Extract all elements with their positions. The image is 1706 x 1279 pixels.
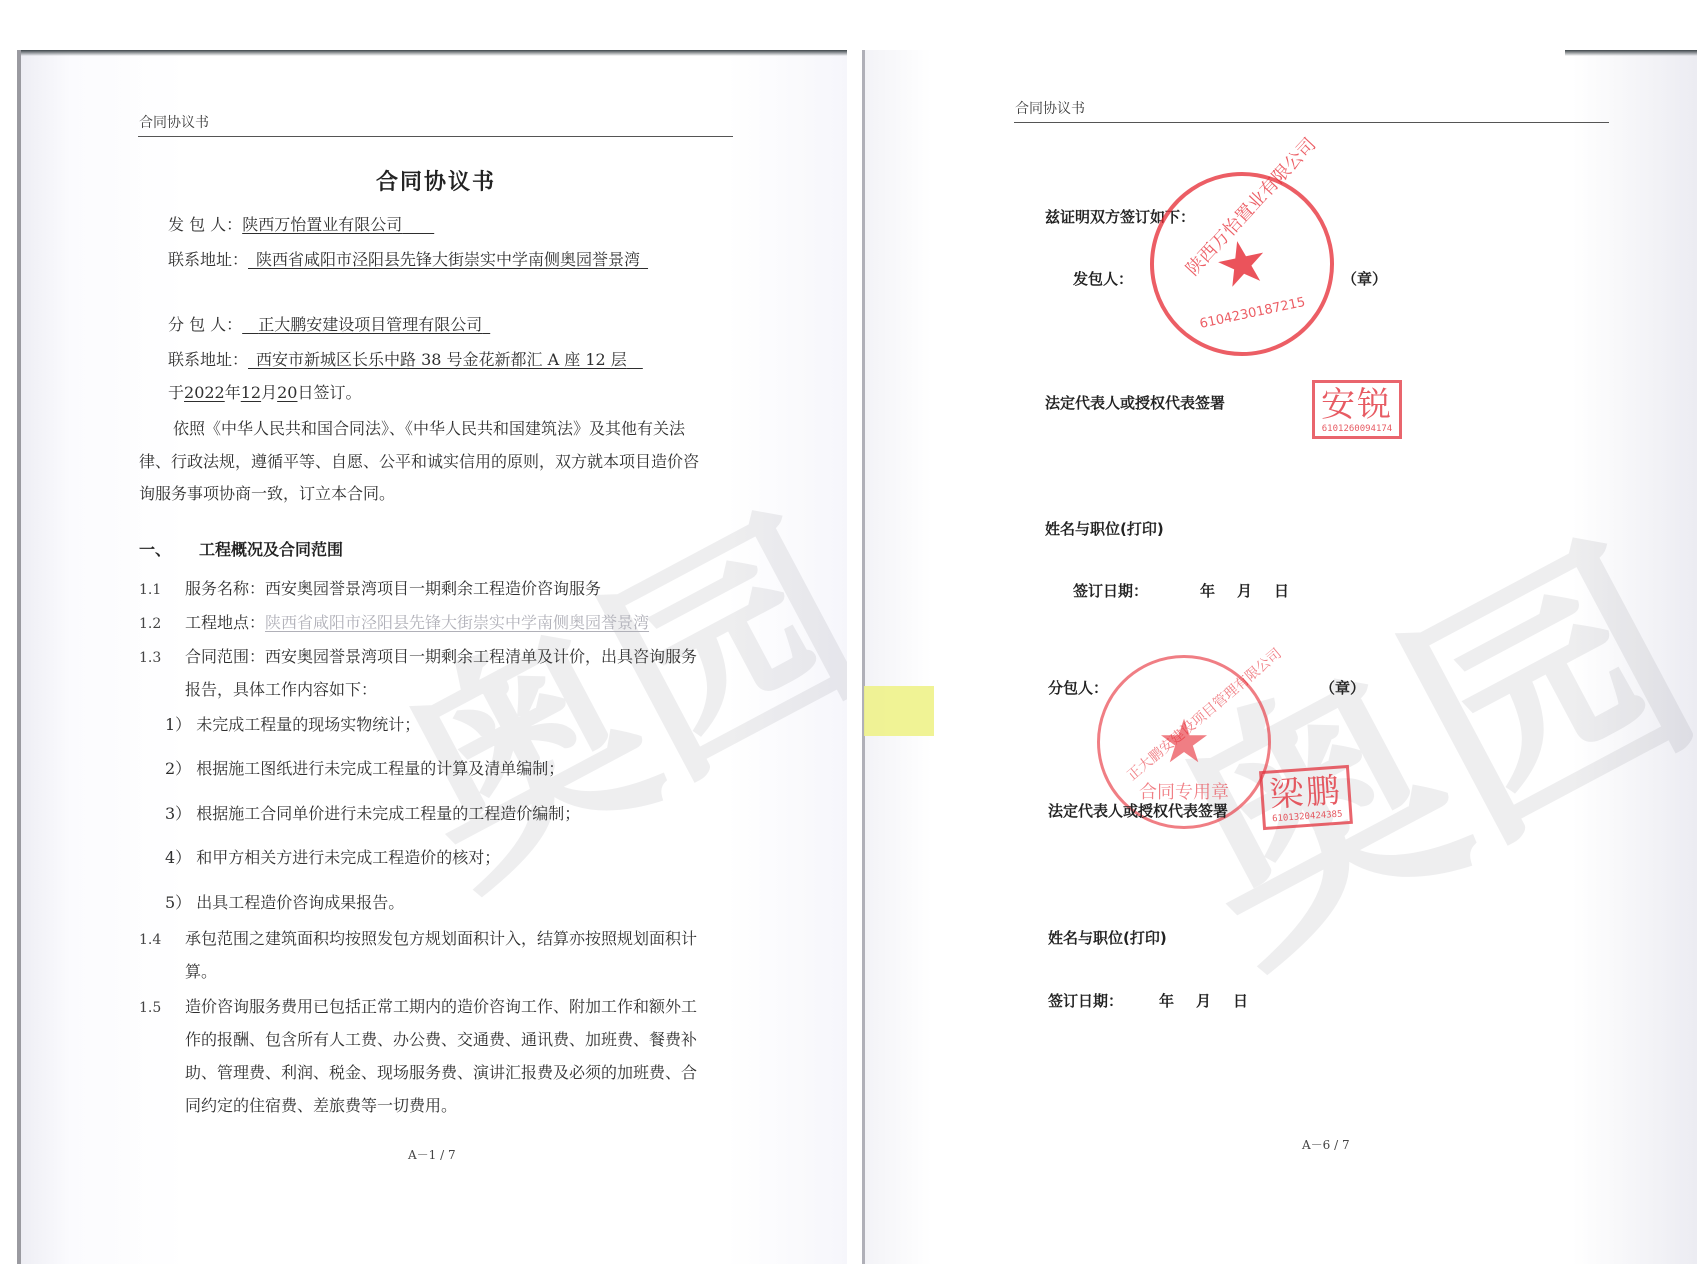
employer-sign-date: 签订日期：年月日: [1073, 580, 1289, 601]
scope-item-5: 5） 出具工程造价咨询成果报告。: [165, 890, 404, 913]
signing-month: 12: [241, 383, 261, 402]
contract-page-1: 奥园 合同协议书 合同协议书 发 包 人：陕西万怡置业有限公司 联系地址： 陕西…: [17, 50, 851, 1264]
contractor-address-line: 联系地址： 西安市新城区长乐中路 38 号金花新都汇 A 座 12 层: [168, 347, 643, 370]
contractor-sign-date: 签订日期：年月日: [1048, 990, 1248, 1011]
scope-item-3: 3） 根据施工合同单价进行未完成工程量的工程造价编制；: [165, 801, 580, 824]
contractor-address: 西安市新城区长乐中路 38 号金花新都汇 A 座 12 层: [256, 350, 627, 369]
preamble-line-2: 律、行政法规，遵循平等、自愿、公平和诚实信用的原则，双方就本项目造价咨: [139, 449, 699, 472]
book-gutter: [847, 50, 862, 1264]
contractor-label: 分 包 人：: [168, 315, 242, 334]
contractor-rep-chop: 梁鹏 6101320424385: [1259, 765, 1353, 831]
clause-1-5-line-4: 同约定的住宿费、差旅费等一切费用。: [185, 1093, 457, 1116]
employer-address: 陕西省咸阳市泾阳县先锋大街崇实中学南侧奥园誉景湾: [256, 250, 640, 269]
running-head: 合同协议书: [1015, 98, 1085, 118]
sticky-note-flag: [864, 686, 934, 736]
scope-item-2: 2） 根据施工图纸进行未完成工程量的计算及清单编制；: [165, 756, 564, 779]
scan-shadow: [21, 50, 851, 56]
employer-name: 陕西万怡置业有限公司: [242, 215, 402, 234]
preamble-line-3: 询服务事项协商一致，订立本合同。: [139, 481, 395, 504]
preamble-line-1: 依照《中华人民共和国合同法》、《中华人民共和国建筑法》及其他有关法: [173, 416, 685, 439]
clause-1-3: 1.3合同范围：西安奥园誉景湾项目一期剩余工程清单及计价，出具咨询服务: [139, 644, 697, 667]
running-head: 合同协议书: [139, 112, 209, 132]
employer-rep-chop: 安锐 6101260094174: [1312, 380, 1402, 439]
contractor-line: 分 包 人： 正大鹏安建设项目管理有限公司: [168, 312, 490, 335]
project-location: 陕西省咸阳市泾阳县先锋大街崇实中学南侧奥园誉景湾: [265, 613, 649, 632]
contractor-name-title-label: 姓名与职位(打印): [1048, 927, 1167, 948]
clause-1-5-line-3: 助、管理费、利润、税金、现场服务费、演讲汇报费及必须的加班费、合: [185, 1060, 697, 1083]
clause-1-5: 1.5造价咨询服务费用已包括正常工期内的造价咨询工作、附加工作和额外工: [139, 994, 697, 1017]
clause-1-4: 1.4承包范围之建筑面积均按照发包方规划面积计入，结算亦按照规划面积计: [139, 926, 697, 949]
page-number: A－6 / 7: [1302, 1136, 1350, 1153]
clause-1-4-cont: 算。: [185, 959, 217, 982]
document-title: 合同协议书: [376, 165, 496, 196]
header-rule: [1014, 122, 1609, 123]
scope-item-4: 4） 和甲方相关方进行未完成工程造价的核对；: [165, 845, 500, 868]
contractor-legal-rep-label: 法定代表人或授权代表签署: [1048, 800, 1228, 821]
employer-label: 发 包 人：: [168, 215, 242, 234]
section-heading: 一、工程概况及合同范围: [139, 537, 343, 560]
employer-legal-rep-label: 法定代表人或授权代表签署: [1045, 392, 1225, 413]
signing-day: 20: [277, 383, 297, 402]
scan-shadow: [1565, 50, 1697, 56]
employer-seal-mark: （章）: [1342, 268, 1387, 289]
employer-sign-label: 发包人：: [1073, 268, 1133, 289]
contractor-address-label: 联系地址：: [168, 350, 248, 369]
contractor-name: 正大鹏安建设项目管理有限公司: [258, 315, 482, 334]
signing-date-line: 于2022年12月20日签订。: [168, 380, 362, 403]
employer-name-title-label: 姓名与职位(打印): [1045, 518, 1164, 539]
contractor-sign-label: 分包人：: [1048, 677, 1108, 698]
employer-line: 发 包 人：陕西万怡置业有限公司: [168, 212, 434, 235]
clause-1-5-line-2: 作的报酬、包含所有人工费、办公费、交通费、通讯费、加班费、餐费补: [185, 1027, 697, 1050]
signing-year: 2022: [184, 383, 225, 402]
header-rule: [138, 136, 733, 137]
clause-1-1: 1.1服务名称：西安奥园誉景湾项目一期剩余工程造价咨询服务: [139, 576, 601, 599]
scope-item-1: 1） 未完成工程量的现场实物统计；: [165, 712, 420, 735]
clause-1-3-cont: 报告，具体工作内容如下：: [185, 677, 377, 700]
contract-page-6: 奥园 合同协议书 兹证明双方签订如下： 发包人： （章） ★ 610423018…: [862, 50, 1697, 1264]
employer-address-line: 联系地址： 陕西省咸阳市泾阳县先锋大街崇实中学南侧奥园誉景湾: [168, 247, 648, 270]
employer-address-label: 联系地址：: [168, 250, 248, 269]
contractor-seal-mark: （章）: [1320, 677, 1365, 698]
page-number: A－1 / 7: [408, 1146, 456, 1163]
clause-1-2: 1.2工程地点：陕西省咸阳市泾阳县先锋大街崇实中学南侧奥园誉景湾: [139, 610, 649, 633]
employer-company-seal: ★ 6104230187215 陕西万怡置业有限公司: [1133, 155, 1351, 373]
